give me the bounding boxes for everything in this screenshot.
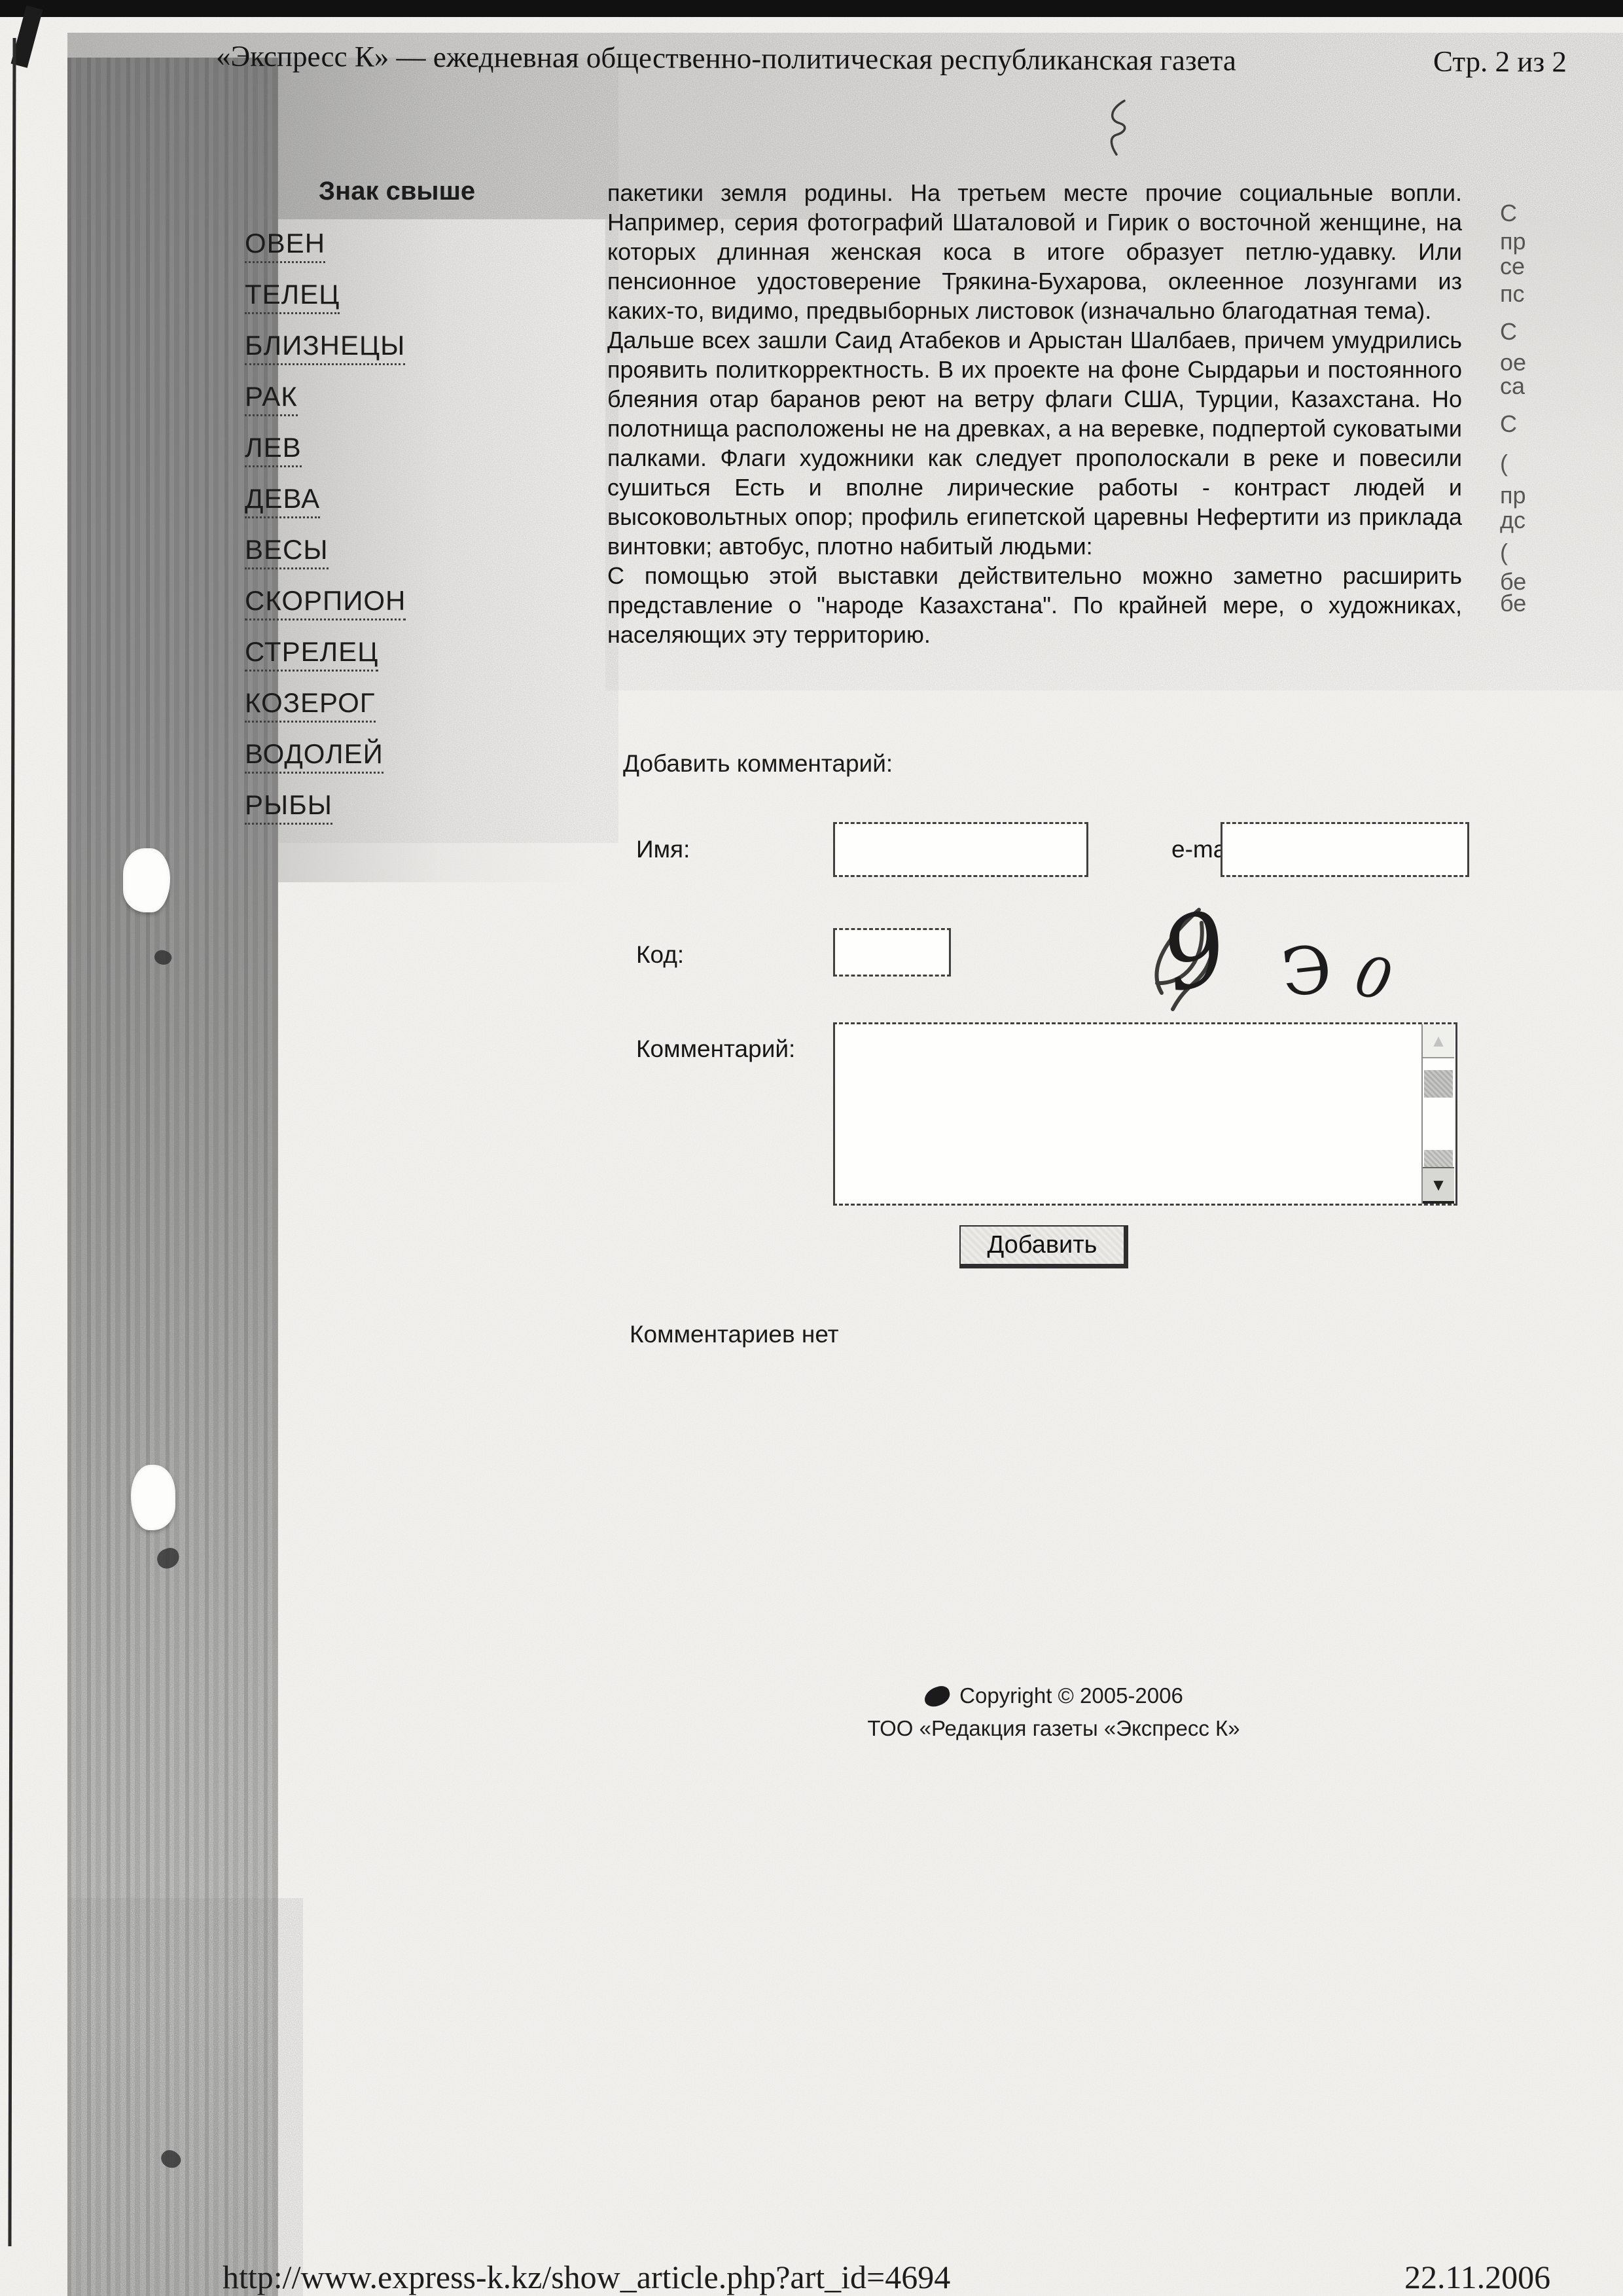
sidebar-item-deva: ДЕВА xyxy=(245,483,406,534)
article-paragraph: пакетики земля родины. На третьем месте … xyxy=(607,178,1462,325)
stray-mark xyxy=(1097,98,1136,157)
scanner-left-edge-line xyxy=(8,38,16,2246)
comment-form-heading: Добавить комментарий: xyxy=(623,750,893,778)
ink-blob xyxy=(922,1684,953,1710)
sidebar-item-vodoley: ВОДОЛЕЙ xyxy=(245,738,406,789)
cutoff-text-fragment: бе xyxy=(1500,590,1526,617)
sidebar-item-rak: РАК xyxy=(245,381,406,432)
site-footer: Copyright © 2005-2006 ТОО «Редакция газе… xyxy=(779,1679,1329,1745)
cutoff-text-fragment: ( xyxy=(1500,450,1508,477)
scroll-up-icon[interactable]: ▲ xyxy=(1423,1024,1454,1058)
zodiac-link[interactable]: ЛЕВ xyxy=(245,432,302,467)
print-footer-date: 22.11.2006 xyxy=(1404,2258,1550,2296)
newspaper-masthead: «Экспресс К» — ежедневная общественно-по… xyxy=(216,39,1236,77)
comments-status: Комментариев нет xyxy=(630,1321,839,1348)
copyright-text: Copyright © 2005-2006 xyxy=(959,1683,1183,1708)
zodiac-link[interactable]: ОВЕН xyxy=(245,228,325,263)
captcha-char: Э xyxy=(1277,931,1335,1012)
sidebar-item-vesy: ВЕСЫ xyxy=(245,534,406,585)
comment-input[interactable] xyxy=(835,1024,1419,1202)
zodiac-link[interactable]: РЫБЫ xyxy=(245,789,332,825)
email-input[interactable] xyxy=(1221,822,1469,877)
zodiac-link[interactable]: СТРЕЛЕЦ xyxy=(245,636,378,672)
sidebar-item-lev: ЛЕВ xyxy=(245,432,406,483)
zodiac-link[interactable]: СКОРПИОН xyxy=(245,585,406,620)
hole-punch xyxy=(131,1465,175,1530)
scanner-top-edge xyxy=(0,0,1623,17)
zodiac-link[interactable]: КОЗЕРОГ xyxy=(245,687,376,723)
hole-punch xyxy=(123,848,170,912)
cutoff-text-fragment: пр xyxy=(1500,228,1526,255)
article-body: пакетики земля родины. На третьем месте … xyxy=(607,178,1462,649)
cutoff-text-fragment: ( xyxy=(1500,539,1508,566)
article-paragraph: Дальше всех зашли Саид Атабеков и Арыста… xyxy=(607,325,1462,561)
article-paragraph: С помощью этой выставки действительно мо… xyxy=(607,561,1462,649)
zodiac-menu: ОВЕН ТЕЛЕЦ БЛИЗНЕЦЫ РАК ЛЕВ ДЕВА ВЕСЫ СК… xyxy=(245,228,406,840)
sidebar-item-telec: ТЕЛЕЦ xyxy=(245,279,406,330)
cutoff-text-fragment: С xyxy=(1500,410,1517,438)
scrollbar-thumb[interactable] xyxy=(1424,1070,1453,1098)
zodiac-link[interactable]: ДЕВА xyxy=(245,483,320,518)
comment-label: Комментарий: xyxy=(636,1035,795,1063)
scanned-page: «Экспресс К» — ежедневная общественно-по… xyxy=(0,0,1623,2296)
zodiac-link[interactable]: ВОДОЛЕЙ xyxy=(245,738,383,774)
zodiac-link[interactable]: БЛИЗНЕЦЫ xyxy=(245,330,405,365)
cutoff-text-fragment: се xyxy=(1500,253,1525,280)
copyright-line: Copyright © 2005-2006 xyxy=(779,1679,1329,1712)
comment-scrollbar[interactable]: ▲ ▼ xyxy=(1421,1024,1455,1204)
sidebar-item-strelec: СТРЕЛЕЦ xyxy=(245,636,406,687)
code-input[interactable] xyxy=(833,928,951,977)
comment-textarea-frame: ▲ ▼ xyxy=(833,1022,1457,1206)
cutoff-text-fragment: С xyxy=(1500,200,1517,227)
captcha-char: 0 xyxy=(1349,943,1397,1014)
captcha-image: 9 Э 0 xyxy=(1126,885,1433,1022)
cutoff-text-fragment: дс xyxy=(1500,507,1525,534)
cutoff-text-fragment: пс xyxy=(1500,280,1525,308)
cutoff-text-fragment: са xyxy=(1500,372,1525,400)
code-label: Код: xyxy=(636,941,684,969)
scroll-down-icon[interactable]: ▼ xyxy=(1423,1167,1454,1204)
name-input[interactable] xyxy=(833,822,1088,877)
cutoff-text-fragment: С xyxy=(1500,318,1517,346)
sidebar-item-kozerog: КОЗЕРОГ xyxy=(245,687,406,738)
print-footer-url: http://www.express-k.kz/show_article.php… xyxy=(223,2258,950,2296)
zodiac-link[interactable]: ТЕЛЕЦ xyxy=(245,279,340,314)
zodiac-link[interactable]: ВЕСЫ xyxy=(245,534,329,569)
cutoff-text-fragment: пр xyxy=(1500,482,1526,509)
sidebar-item-skorpion: СКОРПИОН xyxy=(245,585,406,636)
publisher-line: ТОО «Редакция газеты «Экспресс К» xyxy=(779,1712,1329,1745)
sidebar-item-oven: ОВЕН xyxy=(245,228,406,279)
add-comment-button[interactable]: Добавить xyxy=(959,1225,1128,1268)
sidebar-item-bliznecy: БЛИЗНЕЦЫ xyxy=(245,330,406,381)
zodiac-link[interactable]: РАК xyxy=(245,381,298,416)
page-indicator: Стр. 2 из 2 xyxy=(1433,45,1567,79)
page-header: «Экспресс К» — ежедневная общественно-по… xyxy=(216,39,1567,79)
scrollbar-shade xyxy=(1424,1150,1453,1168)
sidebar-heading: Знак свыше xyxy=(319,177,475,206)
sidebar-item-ryby: РЫБЫ xyxy=(245,789,406,840)
name-label: Имя: xyxy=(636,836,690,863)
